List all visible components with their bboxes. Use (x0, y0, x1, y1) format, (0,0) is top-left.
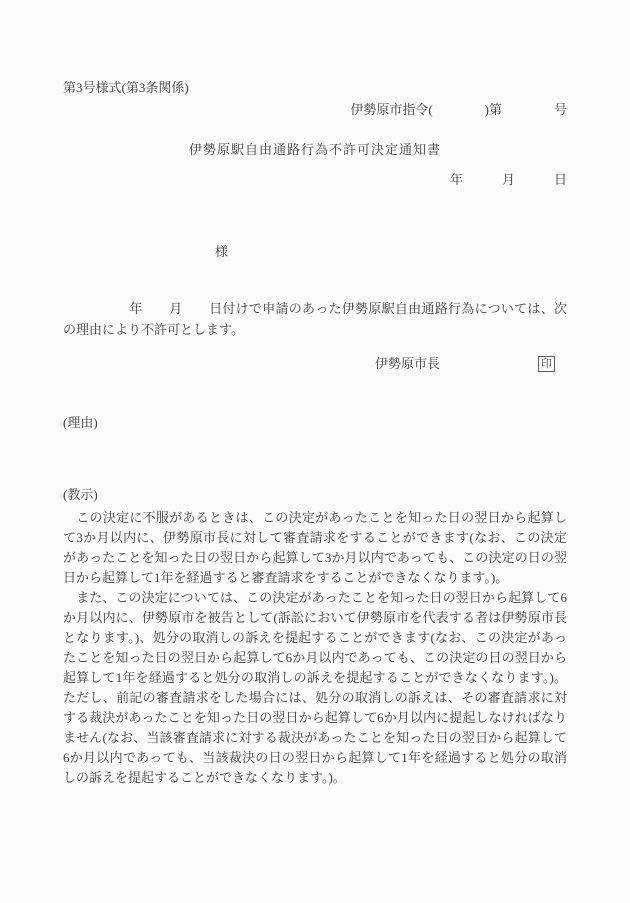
signature-line: 伊勢原市長 印 (63, 355, 567, 373)
mayor-title: 伊勢原市長 (375, 355, 440, 373)
notice-paragraph-appeal: この決定に不服があるときは、この決定があったことを知った日の翌日から起算して3か… (63, 508, 567, 588)
reason-section-label: (理由) (63, 415, 567, 431)
document-page: 第3号様式(第3条関係) 伊勢原市指令( )第 号 伊勢原駅自由通路行為不許可決… (0, 0, 630, 903)
date-line: 年 月 日 (63, 172, 567, 188)
form-number: 第3号様式(第3条関係) (63, 80, 567, 96)
decision-body-paragraph: 年 月 日付けで申請のあった伊勢原駅自由通路行為については、次の理由により不許可… (63, 298, 567, 340)
addressee-honorific: 様 (63, 244, 567, 260)
seal-mark: 印 (538, 356, 555, 372)
directive-number-line: 伊勢原市指令( )第 号 (63, 102, 567, 118)
document-title: 伊勢原駅自由通路行為不許可決定通知書 (63, 142, 567, 158)
notice-section-label: (教示) (63, 487, 567, 503)
notice-paragraph-lawsuit: また、この決定については、この決定があったことを知った日の翌日から起算して6か月… (63, 588, 567, 788)
